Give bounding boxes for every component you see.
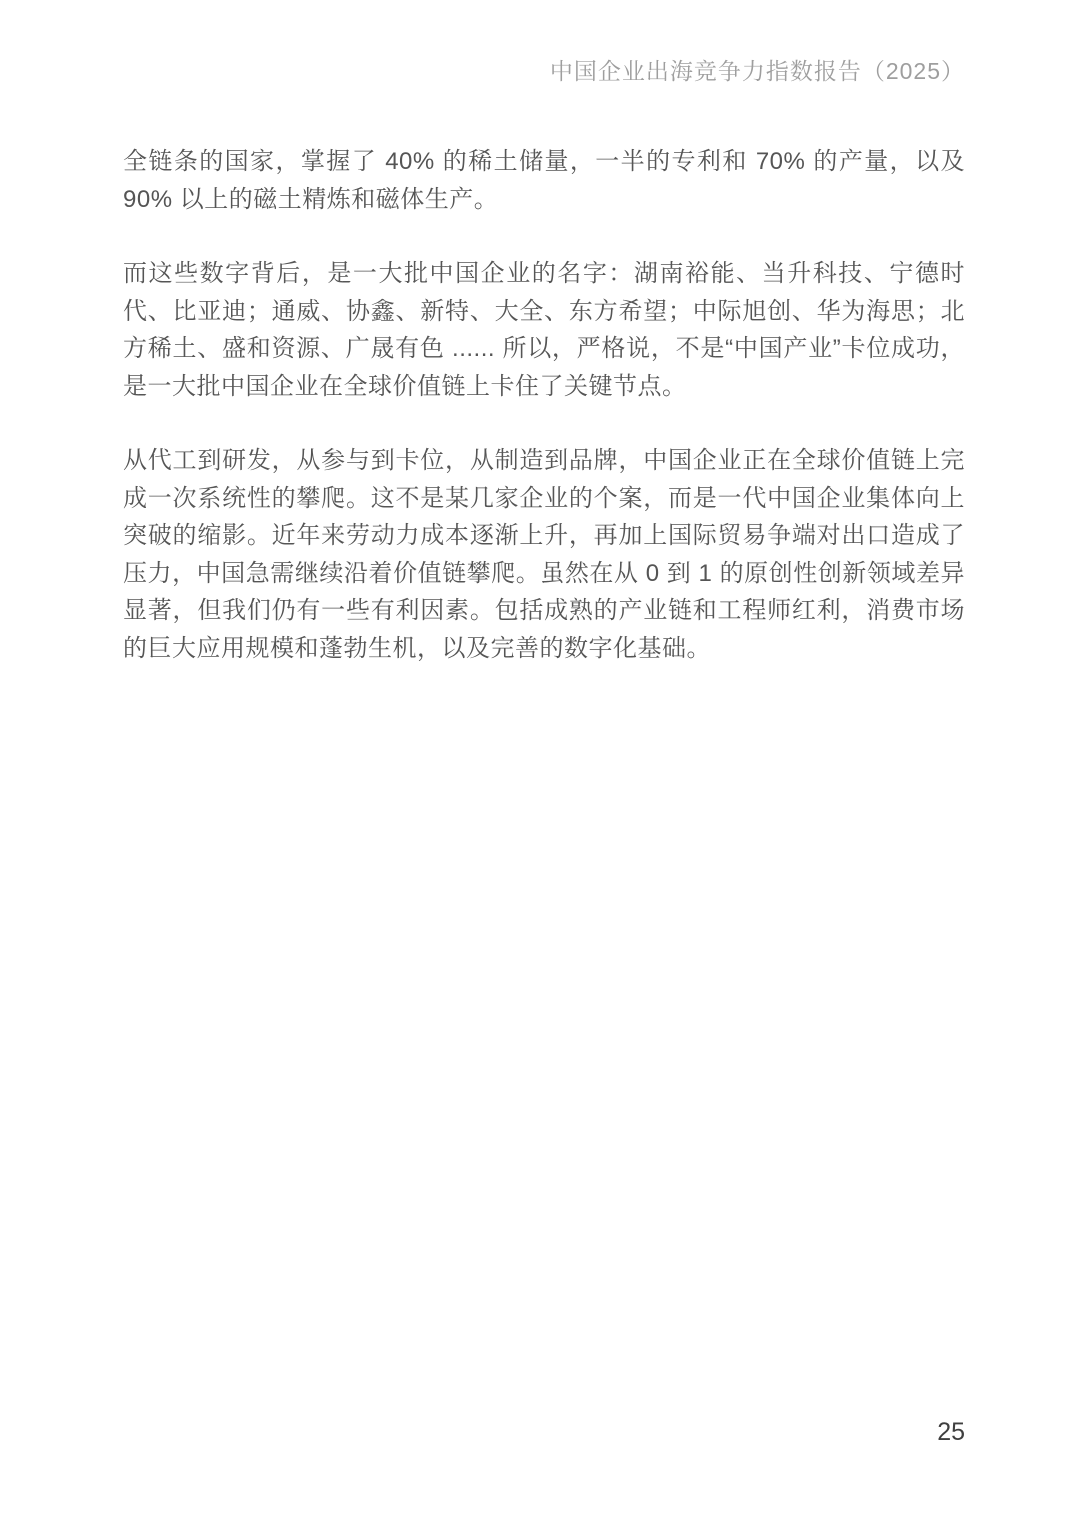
paragraph-company-names: 而这些数字背后，是一大批中国企业的名字：湖南裕能、当升科技、宁德时代、比亚迪；通… bbox=[123, 255, 965, 405]
report-title-header: 中国企业出海竞争力指数报告（2025） bbox=[123, 53, 965, 86]
paragraph-rare-earth-stats: 全链条的国家，掌握了 40% 的稀土储量，一半的专利和 70% 的产量，以及 9… bbox=[123, 143, 965, 218]
page-number: 25 bbox=[937, 1418, 965, 1447]
paragraph-value-chain-climb: 从代工到研发，从参与到卡位，从制造到品牌，中国企业正在全球价值链上完成一次系统性… bbox=[123, 442, 965, 667]
body-text-block: 全链条的国家，掌握了 40% 的稀土储量，一半的专利和 70% 的产量，以及 9… bbox=[123, 143, 965, 667]
document-page: 中国企业出海竞争力指数报告（2025） 全链条的国家，掌握了 40% 的稀土储量… bbox=[0, 0, 1080, 1527]
